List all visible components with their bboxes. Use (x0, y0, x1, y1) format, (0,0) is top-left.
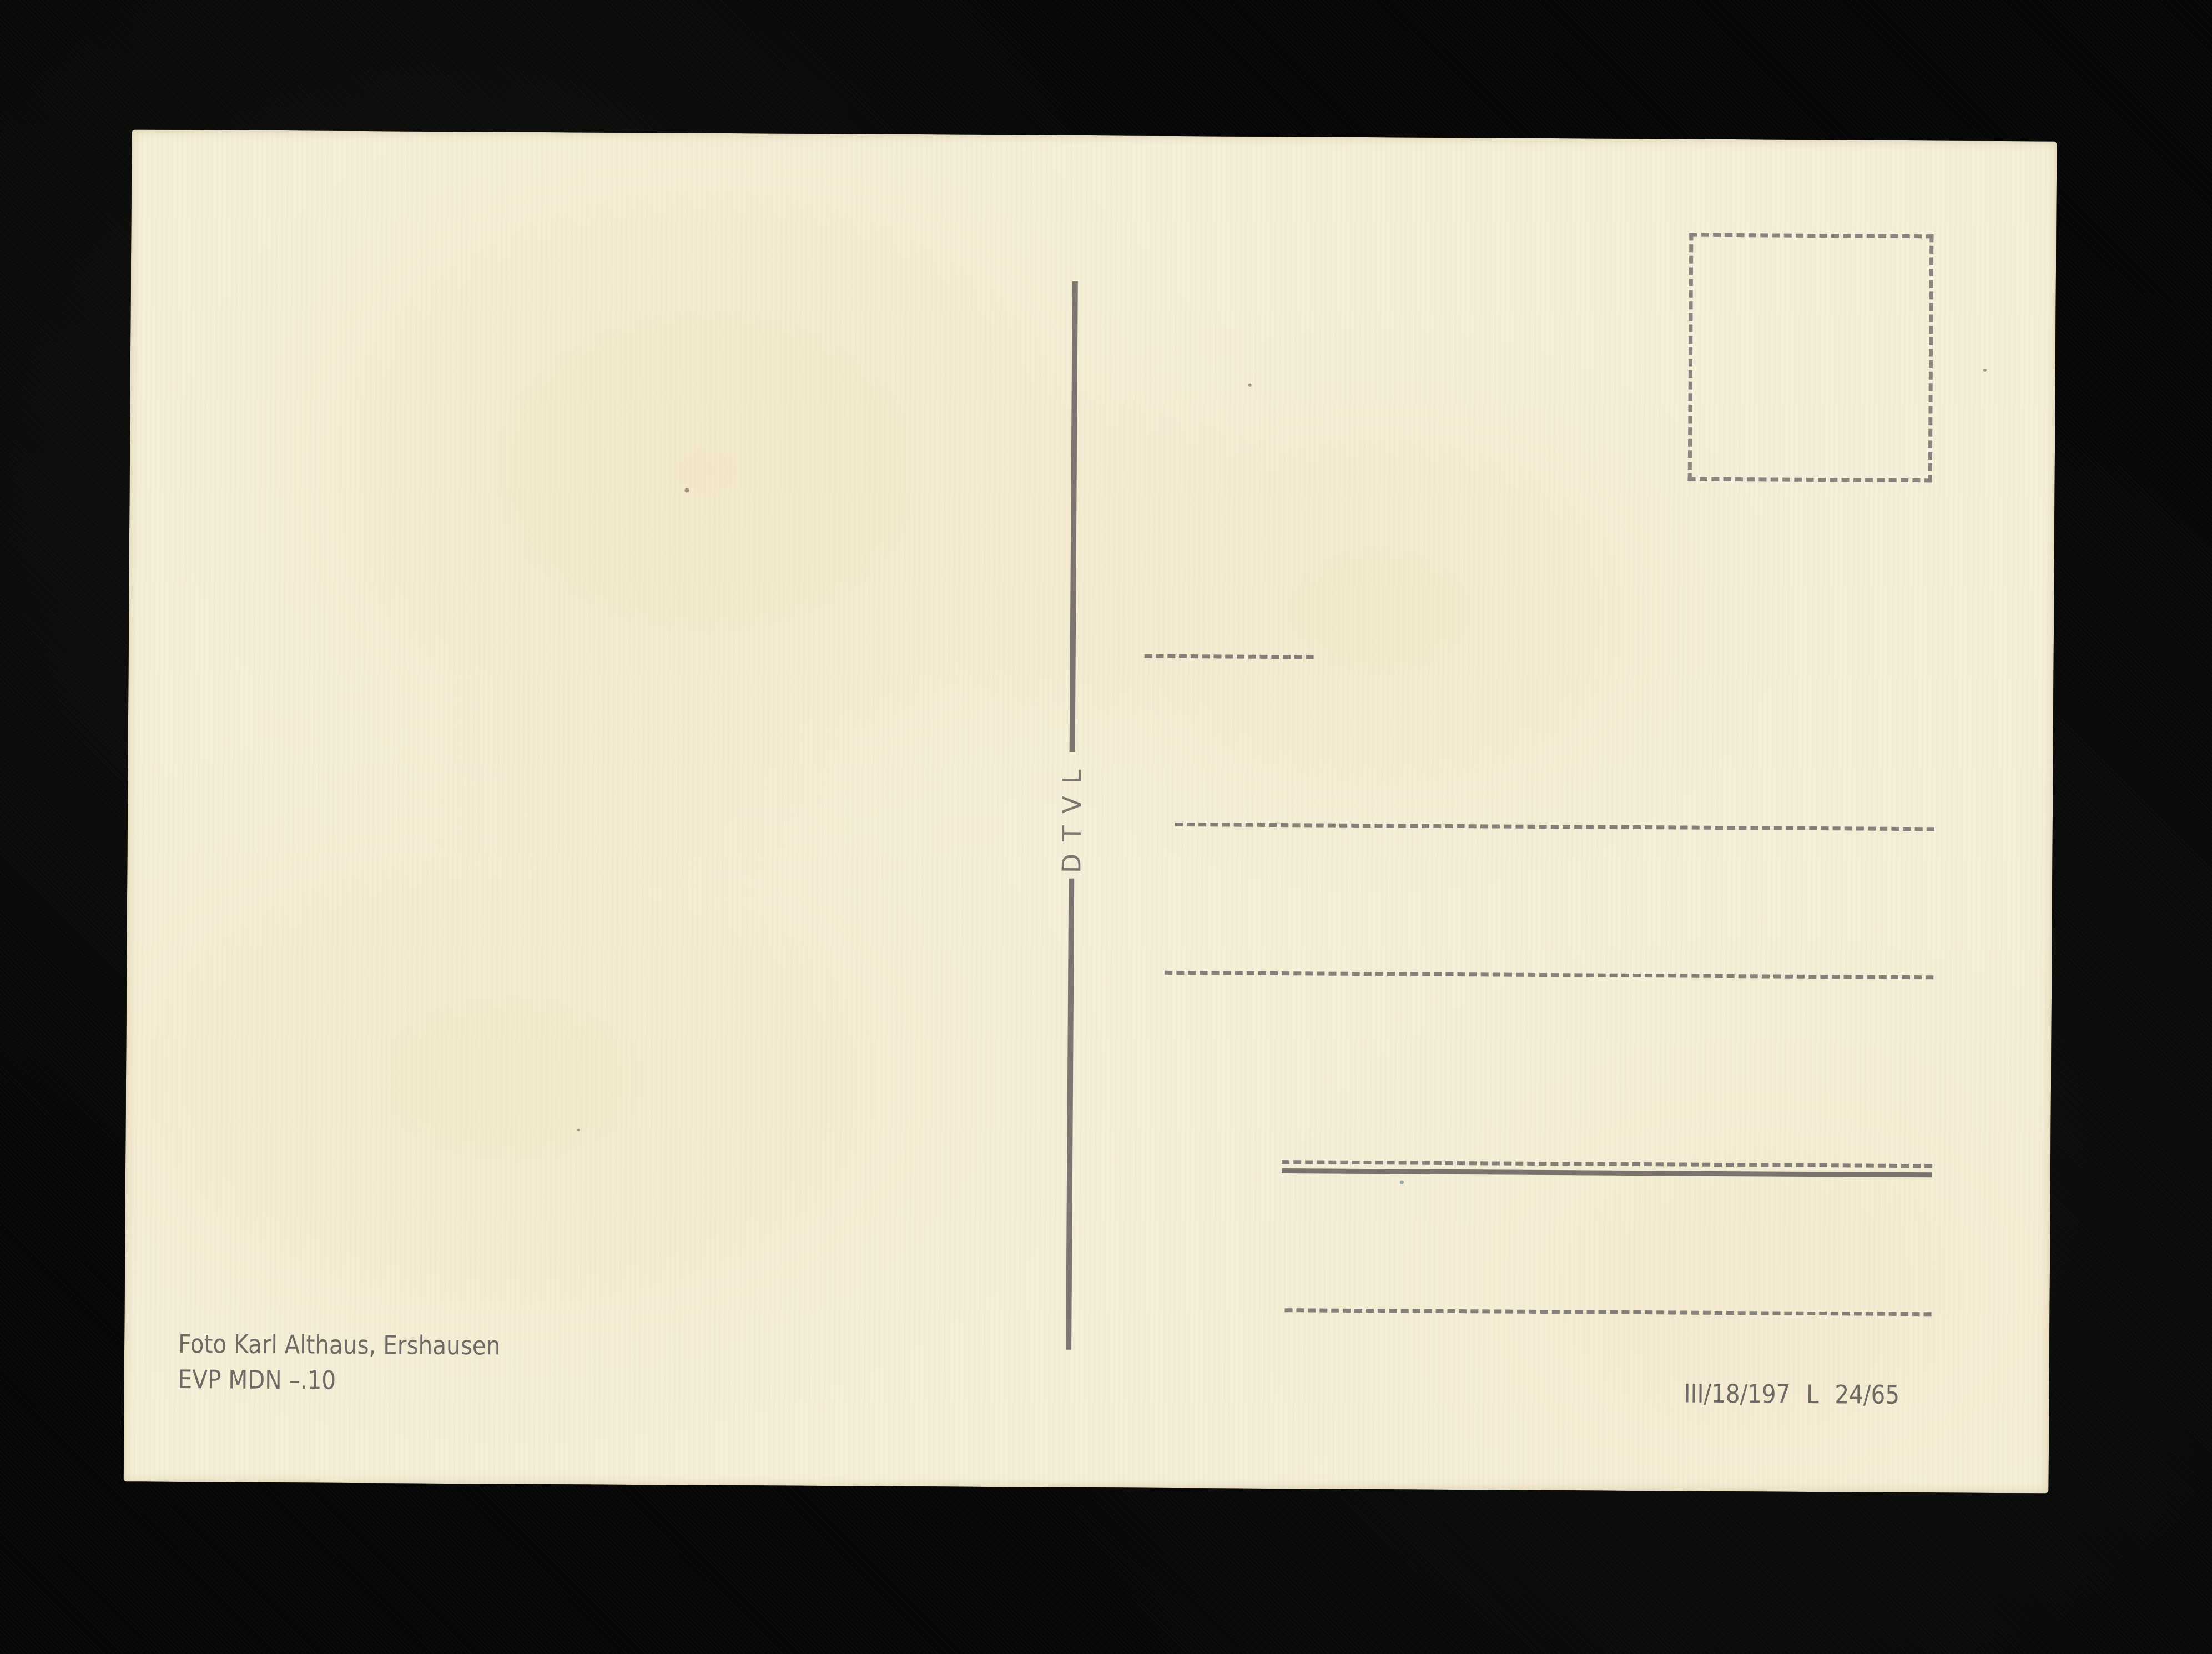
stamp-box (1688, 233, 1934, 483)
paper-speck (577, 1128, 580, 1131)
photo-credit-imprint: Foto Karl Althaus, Ershausen EVP MDN –.1… (178, 1326, 501, 1399)
address-line-4-dashed (1282, 1160, 1932, 1168)
print-license-number: III/18/197 L 24/65 (1684, 1376, 1899, 1413)
address-line-1 (1145, 654, 1314, 659)
photo-credit: Foto Karl Althaus, Ershausen (178, 1326, 501, 1364)
divider-label: DTVL (1056, 757, 1087, 873)
paper-speck (1400, 1180, 1404, 1184)
address-line-4-solid (1282, 1168, 1932, 1177)
divider-line-bottom (1066, 879, 1074, 1350)
paper-speck (1983, 369, 1987, 372)
paper-speck (1248, 384, 1252, 387)
address-line-3 (1165, 971, 1933, 979)
postcard-back: DTVL Foto Karl Althaus, Ershausen EVP MD… (124, 129, 2057, 1493)
divider-line-top (1070, 281, 1078, 752)
address-line-5 (1284, 1308, 1931, 1316)
price-imprint: EVP MDN –.10 (178, 1361, 501, 1399)
paper-speck (684, 488, 689, 493)
address-line-2 (1175, 823, 1934, 831)
